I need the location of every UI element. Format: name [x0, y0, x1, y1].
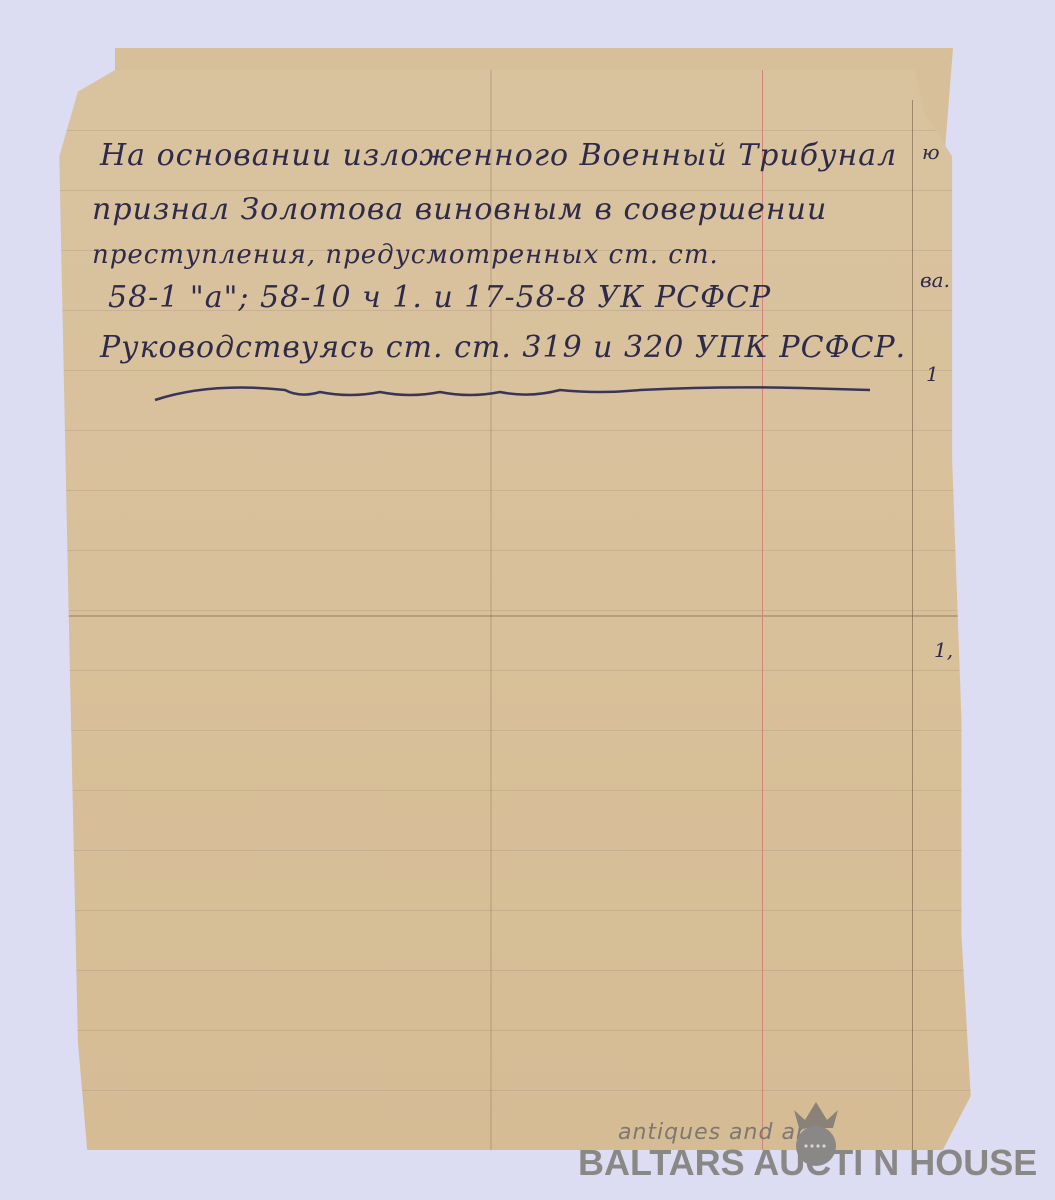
ruled-line	[50, 550, 980, 551]
ruled-line	[50, 190, 980, 191]
edge-fragment: ю	[922, 140, 940, 164]
ruled-line	[50, 850, 980, 851]
ruled-line	[50, 610, 980, 611]
handwritten-line-1: На основании изложенного Военный Трибуна…	[100, 138, 897, 173]
edge-fragment: 1	[926, 362, 939, 386]
ruled-line	[50, 1030, 980, 1031]
ruled-line	[50, 1090, 980, 1091]
crown-globe-icon	[791, 1102, 841, 1166]
handwritten-line-3: преступления, предусмотренных ст. ст.	[92, 240, 719, 270]
edge-fragment: ва.	[920, 268, 950, 292]
edge-fragment: 1,	[934, 638, 953, 662]
ruled-line	[50, 130, 980, 131]
handwritten-line-5: Руководствуясь ст. ст. 319 и 320 УПК РСФ…	[100, 330, 906, 365]
ruled-line	[50, 490, 980, 491]
paper-sheet	[50, 70, 980, 1150]
horizontal-fold	[50, 615, 980, 617]
handwritten-line-4: 58-1 "а"; 58-10 ч 1. и 17-58-8 УК РСФСР	[108, 280, 771, 315]
ruled-line	[50, 790, 980, 791]
ruled-line	[50, 430, 980, 431]
ruled-line	[50, 670, 980, 671]
ruled-line	[50, 730, 980, 731]
right-margin-line	[912, 100, 913, 1150]
underline-flourish	[100, 378, 880, 408]
red-margin-line	[762, 70, 763, 1150]
ruled-line	[50, 370, 980, 371]
ruled-line	[50, 970, 980, 971]
vertical-fold	[490, 70, 492, 1150]
ruled-line	[50, 910, 980, 911]
handwritten-line-2: признал Золотова виновным в совершении	[92, 192, 827, 227]
